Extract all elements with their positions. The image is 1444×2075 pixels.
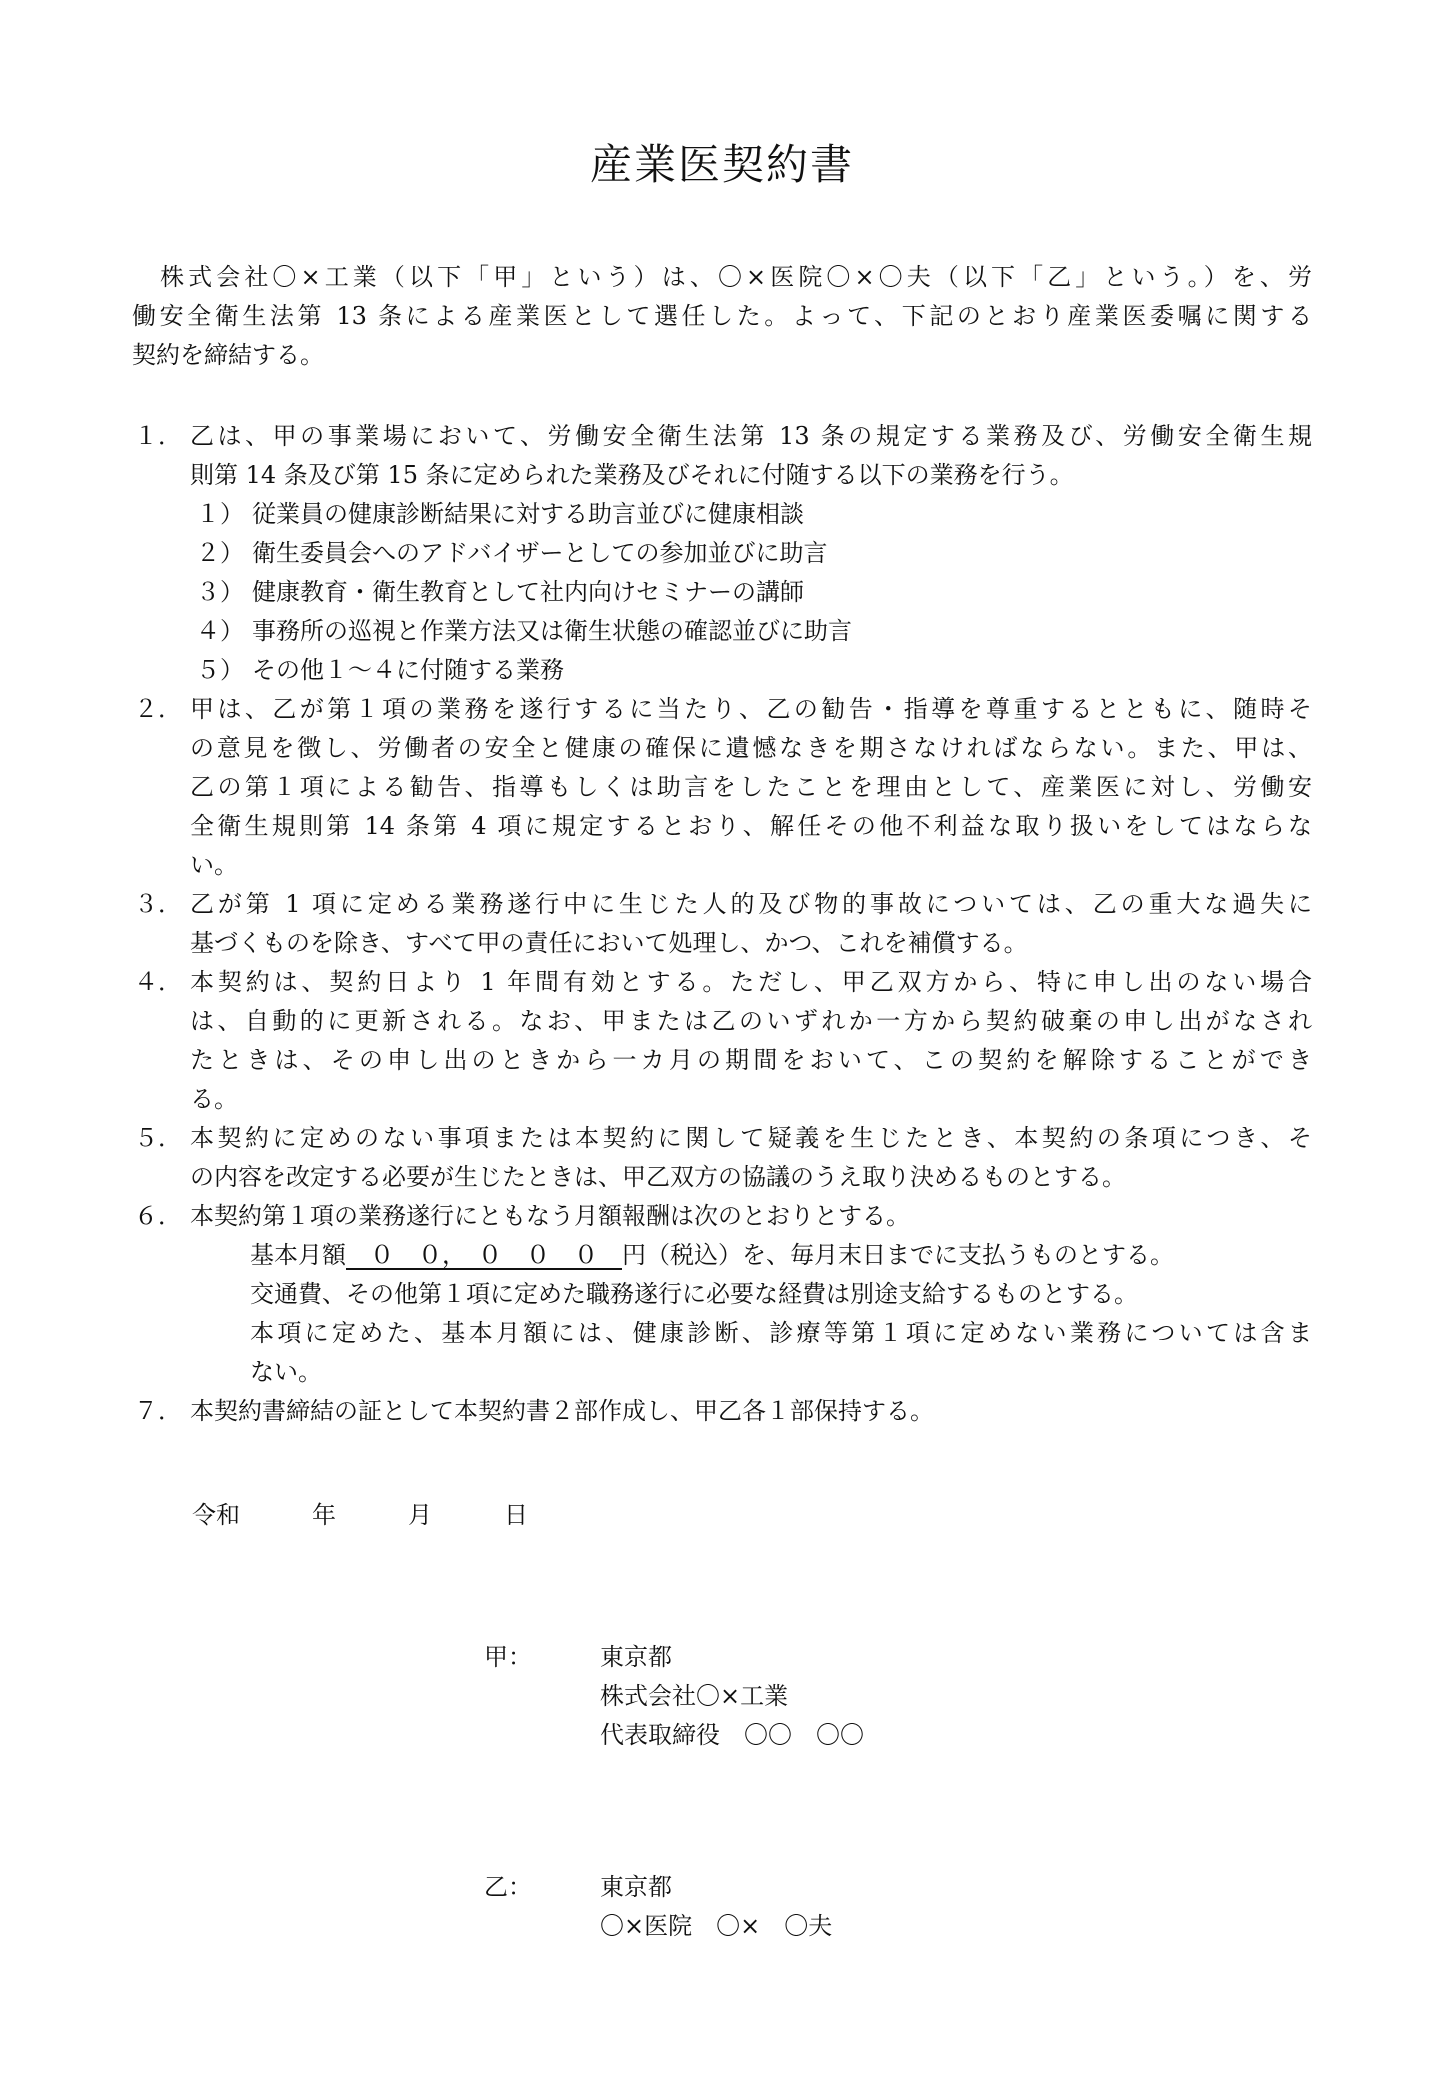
clause-line: る。 <box>190 1080 238 1119</box>
party-b-label: 乙： <box>484 1868 532 1907</box>
clause-line: 交通費、その他第１項に定めた職務遂行に必要な経費は別途支給するものとする。 <box>250 1275 1138 1314</box>
preamble-line: 働安全衛生法第 13 条による産業医として選任した。よって、下記のとおり産業医委… <box>132 297 1312 336</box>
party-a-representative: 代表取締役 〇〇 〇〇 <box>600 1716 864 1755</box>
clause-number: ７． <box>134 1392 182 1431</box>
clause-line: 基づくものを除き、すべて甲の責任において処理し、かつ、これを補償する。 <box>190 924 1028 963</box>
clause-line: たときは、その申し出のときから一カ月の期間をおいて、この契約を解除することができ <box>190 1041 1312 1080</box>
clause-line: 乙が第 1 項に定める業務遂行中に生じた人的及び物的事故については、乙の重大な過… <box>190 885 1312 924</box>
payment-line: 基本月額 ０ ０， ０ ０ ０ 円（税込）を、毎月末日までに支払うものとする。 <box>250 1236 1174 1275</box>
subitem-number: ５） <box>196 651 244 690</box>
subitem-number: ２） <box>196 534 244 573</box>
subitem-text: 従業員の健康診断結果に対する助言並びに健康相談 <box>252 495 804 534</box>
clause-line: の内容を改定する必要が生じたときは、甲乙双方の協議のうえ取り決めるものとする。 <box>190 1158 1126 1197</box>
clause-number: １． <box>134 417 182 456</box>
clause-line: 本契約は、契約日より 1 年間有効とする。ただし、甲乙双方から、特に申し出のない… <box>190 963 1312 1002</box>
contract-date: 令和 年 月 日 <box>192 1496 528 1535</box>
clause-number: ６． <box>134 1197 182 1236</box>
payment-suffix: 円（税込）を、毎月末日までに支払うものとする。 <box>622 1241 1174 1269</box>
clause-line: 本契約第１項の業務遂行にともなう月額報酬は次のとおりとする。 <box>190 1197 910 1236</box>
clause-number: ４． <box>134 963 182 1002</box>
clause-line: 乙は、甲の事業場において、労働安全衛生法第 13 条の規定する業務及び、労働安全… <box>190 417 1312 456</box>
clause-line: ない。 <box>250 1353 322 1392</box>
subitem-number: ４） <box>196 612 244 651</box>
payment-prefix: 基本月額 <box>250 1241 346 1269</box>
subitem-text: 事務所の巡視と作業方法又は衛生状態の確認並びに助言 <box>252 612 852 651</box>
party-a-label: 甲： <box>484 1638 532 1677</box>
clause-line: 乙の第１項による勧告、指導もしくは助言をしたことを理由として、産業医に対し、労働… <box>190 768 1312 807</box>
clause-line: 本項に定めた、基本月額には、健康診断、診療等第１項に定めない業務については含ま <box>250 1314 1312 1353</box>
preamble-line: 契約を締結する。 <box>132 336 324 375</box>
subitem-number: ３） <box>196 573 244 612</box>
document-title: 産業医契約書 <box>0 132 1444 192</box>
party-a-address: 東京都 <box>600 1638 672 1677</box>
clause-line: の意見を徴し、労働者の安全と健康の確保に遺憾なきを期さなければならない。また、甲… <box>190 729 1312 768</box>
party-b-name: 〇×医院 〇× 〇夫 <box>600 1907 832 1946</box>
clause-line: 全衛生規則第 14 条第 4 項に規定するとおり、解任その他不利益な取り扱いをし… <box>190 807 1312 846</box>
clause-number: ３． <box>134 885 182 924</box>
clause-line: 本契約に定めのない事項または本契約に関して疑義を生じたとき、本契約の条項につき、… <box>190 1119 1312 1158</box>
subitem-number: １） <box>196 495 244 534</box>
clause-line: は、自動的に更新される。なお、甲または乙のいずれか一方から契約破棄の申し出がなさ… <box>190 1002 1312 1041</box>
subitem-text: その他１～４に付随する業務 <box>252 651 564 690</box>
clause-line: 甲は、乙が第１項の業務を遂行するに当たり、乙の勧告・指導を尊重するとともに、随時… <box>190 690 1312 729</box>
clause-line: 本契約書締結の証として本契約書２部作成し、甲乙各１部保持する。 <box>190 1392 934 1431</box>
payment-amount: ０ ０， ０ ０ ０ <box>346 1241 622 1269</box>
clause-line: い。 <box>190 846 238 885</box>
subitem-text: 衛生委員会へのアドバイザーとしての参加並びに助言 <box>252 534 828 573</box>
preamble-line: 株式会社〇×工業（以下「甲」という）は、〇×医院〇×〇夫（以下「乙」という。）を… <box>132 258 1312 297</box>
party-b-address: 東京都 <box>600 1868 672 1907</box>
clause-number: ５． <box>134 1119 182 1158</box>
subitem-text: 健康教育・衛生教育として社内向けセミナーの講師 <box>252 573 804 612</box>
clause-number: ２． <box>134 690 182 729</box>
party-a-company: 株式会社〇×工業 <box>600 1677 788 1716</box>
clause-line: 則第 14 条及び第 15 条に定められた業務及びそれに付随する以下の業務を行う… <box>190 456 1074 495</box>
